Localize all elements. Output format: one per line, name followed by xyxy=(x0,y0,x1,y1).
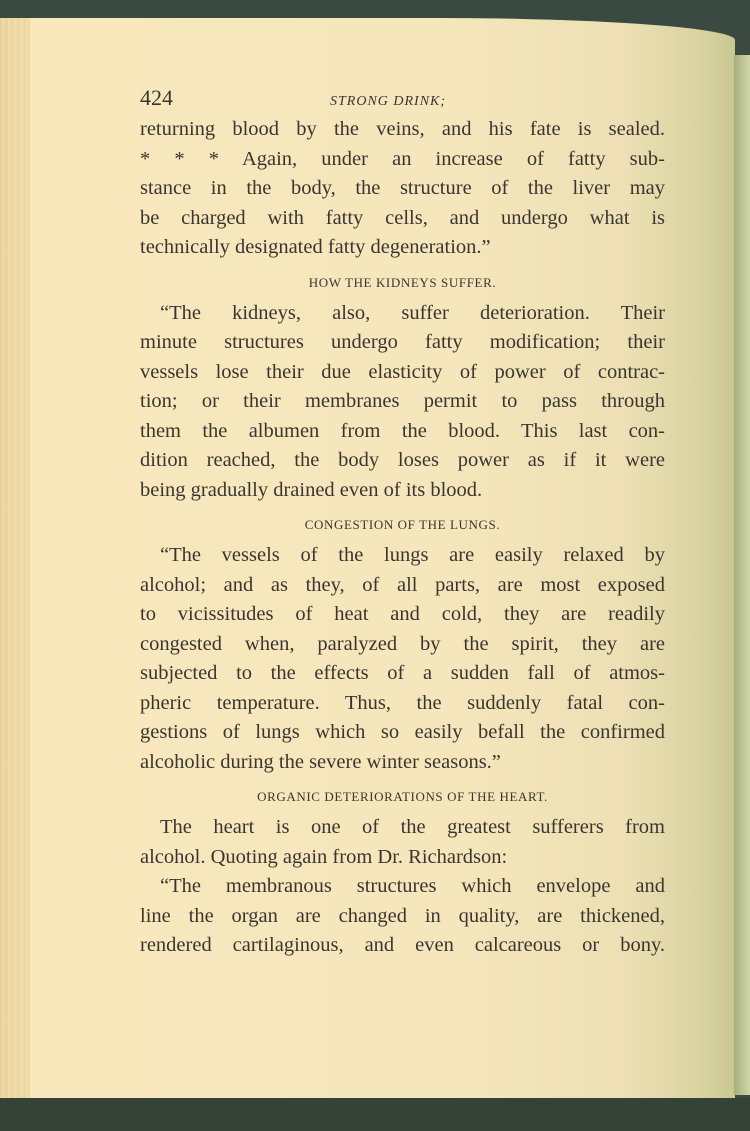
text-line: “The vessels of the lungs are easily rel… xyxy=(140,541,665,571)
text-line: “The kidneys, also, suffer deterioration… xyxy=(140,299,665,329)
text-line: congested when, paralyzed by the spirit,… xyxy=(140,630,665,660)
text-line: rendered cartilaginous, and even calcare… xyxy=(140,931,665,961)
text-line: stance in the body, the structure of the… xyxy=(140,174,665,204)
text-line: technically designated fatty degeneratio… xyxy=(140,233,665,263)
text-line: them the albumen from the blood. This la… xyxy=(140,417,665,447)
page-content: 424 STRONG DRINK; returning blood by the… xyxy=(140,85,665,961)
text-line: be charged with fatty cells, and undergo… xyxy=(140,204,665,234)
page-number: 424 xyxy=(140,85,330,111)
text-line: minute structures undergo fatty modifica… xyxy=(140,328,665,358)
text-line: alcohol. Quoting again from Dr. Richards… xyxy=(140,843,665,873)
text-line: to vicissitudes of heat and cold, they a… xyxy=(140,600,665,630)
text-line: line the organ are changed in quality, a… xyxy=(140,902,665,932)
text-line: “The membranous structures which envelop… xyxy=(140,872,665,902)
text-line: being gradually drained even of its bloo… xyxy=(140,476,665,506)
paragraph-liver: returning blood by the veins, and his fa… xyxy=(140,115,665,263)
text-line: dition reached, the body loses power as … xyxy=(140,446,665,476)
text-line: The heart is one of the greatest suffere… xyxy=(140,813,665,843)
running-head: 424 STRONG DRINK; xyxy=(140,85,665,115)
text-line: vessels lose their due elasticity of pow… xyxy=(140,358,665,388)
paragraph-kidneys: “The kidneys, also, suffer deterioration… xyxy=(140,299,665,506)
paragraph-heart: The heart is one of the greatest suffere… xyxy=(140,813,665,872)
text-line: alcoholic during the severe winter seaso… xyxy=(140,748,665,778)
text-line: * * * Again, under an increase of fatty … xyxy=(140,145,665,175)
running-title: STRONG DRINK; xyxy=(330,94,446,110)
paragraph-heart-quote: “The membranous structures which envelop… xyxy=(140,872,665,961)
text-line: subjected to the effects of a sudden fal… xyxy=(140,659,665,689)
facing-page-edge xyxy=(734,55,750,1095)
text-line: pheric temperature. Thus, the suddenly f… xyxy=(140,689,665,719)
text-line: tion; or their membranes permit to pass … xyxy=(140,387,665,417)
text-line: returning blood by the veins, and his fa… xyxy=(140,115,665,145)
section-heading-kidneys: HOW THE KIDNEYS SUFFER. xyxy=(140,273,665,293)
page-edge-stack xyxy=(0,18,30,1098)
section-heading-lungs: CONGESTION OF THE LUNGS. xyxy=(140,515,665,535)
section-heading-heart: ORGANIC DETERIORATIONS OF THE HEART. xyxy=(140,787,665,807)
paragraph-lungs: “The vessels of the lungs are easily rel… xyxy=(140,541,665,777)
text-line: gestions of lungs which so easily befall… xyxy=(140,718,665,748)
text-line: alcohol; and as they, of all parts, are … xyxy=(140,571,665,601)
background-surface xyxy=(0,1098,750,1131)
